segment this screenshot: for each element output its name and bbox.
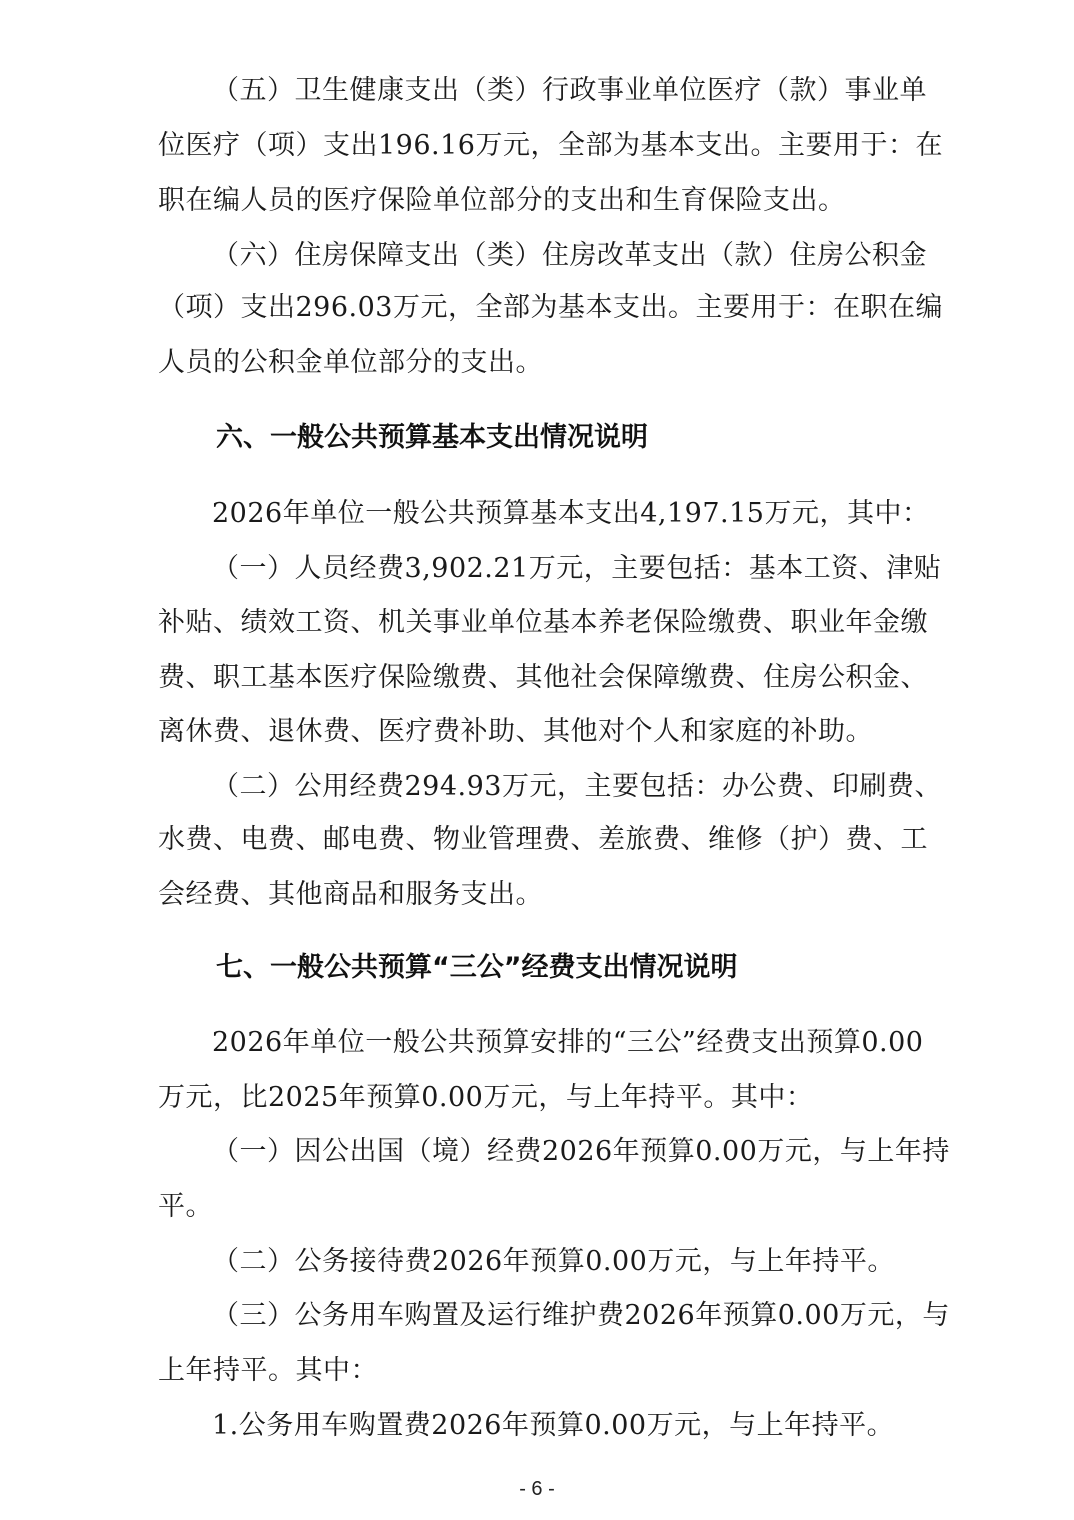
paragraph-line: 职在编人员的医疗保险单位部分的支出和生育保险支出。 <box>158 183 846 219</box>
paragraph-line: （六）住房保障支出（类）住房改革支出（款）住房公积金 <box>212 238 927 274</box>
paragraph-line: 上年持平。其中： <box>158 1353 378 1389</box>
paragraph-line: 人员的公积金单位部分的支出。 <box>158 345 543 381</box>
paragraph-line: （二）公用经费294.93万元，主要包括：办公费、印刷费、 <box>212 769 942 805</box>
paragraph-line: 水费、电费、邮电费、物业管理费、差旅费、维修（护）费、工 <box>158 822 928 858</box>
paragraph-line: （二）公务接待费2026年预算0.00万元，与上年持平。 <box>212 1244 895 1280</box>
paragraph-line: 2026年单位一般公共预算安排的“三公”经费支出预算0.00 <box>212 1025 923 1061</box>
paragraph-line: 1.公务用车购置费2026年预算0.00万元，与上年持平。 <box>212 1408 894 1444</box>
paragraph-line: 离休费、退休费、医疗费补助、其他对个人和家庭的补助。 <box>158 714 873 750</box>
paragraph-line: 万元，比2025年预算0.00万元，与上年持平。其中： <box>158 1080 813 1116</box>
paragraph-line: （项）支出296.03万元，全部为基本支出。主要用于：在职在编 <box>158 290 943 326</box>
paragraph-line: 费、职工基本医疗保险缴费、其他社会保障缴费、住房公积金、 <box>158 660 928 696</box>
paragraph-line: （一）人员经费3,902.21万元，主要包括：基本工资、津贴 <box>212 551 941 587</box>
page-number: - 6 - <box>0 1478 1074 1501</box>
paragraph-line: 平。 <box>158 1189 213 1225</box>
paragraph-line: 补贴、绩效工资、机关事业单位基本养老保险缴费、职业年金缴 <box>158 605 928 641</box>
paragraph-line: 2026年单位一般公共预算基本支出4,197.15万元，其中： <box>212 496 929 532</box>
paragraph-line: （五）卫生健康支出（类）行政事业单位医疗（款）事业单 <box>212 73 927 109</box>
paragraph-line: （一）因公出国（境）经费2026年预算0.00万元，与上年持 <box>212 1134 950 1170</box>
section-heading-7: 七、一般公共预算“三公”经费支出情况说明 <box>216 950 738 986</box>
paragraph-line: 会经费、其他商品和服务支出。 <box>158 877 543 913</box>
section-heading-6: 六、一般公共预算基本支出情况说明 <box>216 420 648 456</box>
paragraph-line: 位医疗（项）支出196.16万元，全部为基本支出。主要用于：在 <box>158 128 943 164</box>
paragraph-line: （三）公务用车购置及运行维护费2026年预算0.00万元，与 <box>212 1298 950 1334</box>
